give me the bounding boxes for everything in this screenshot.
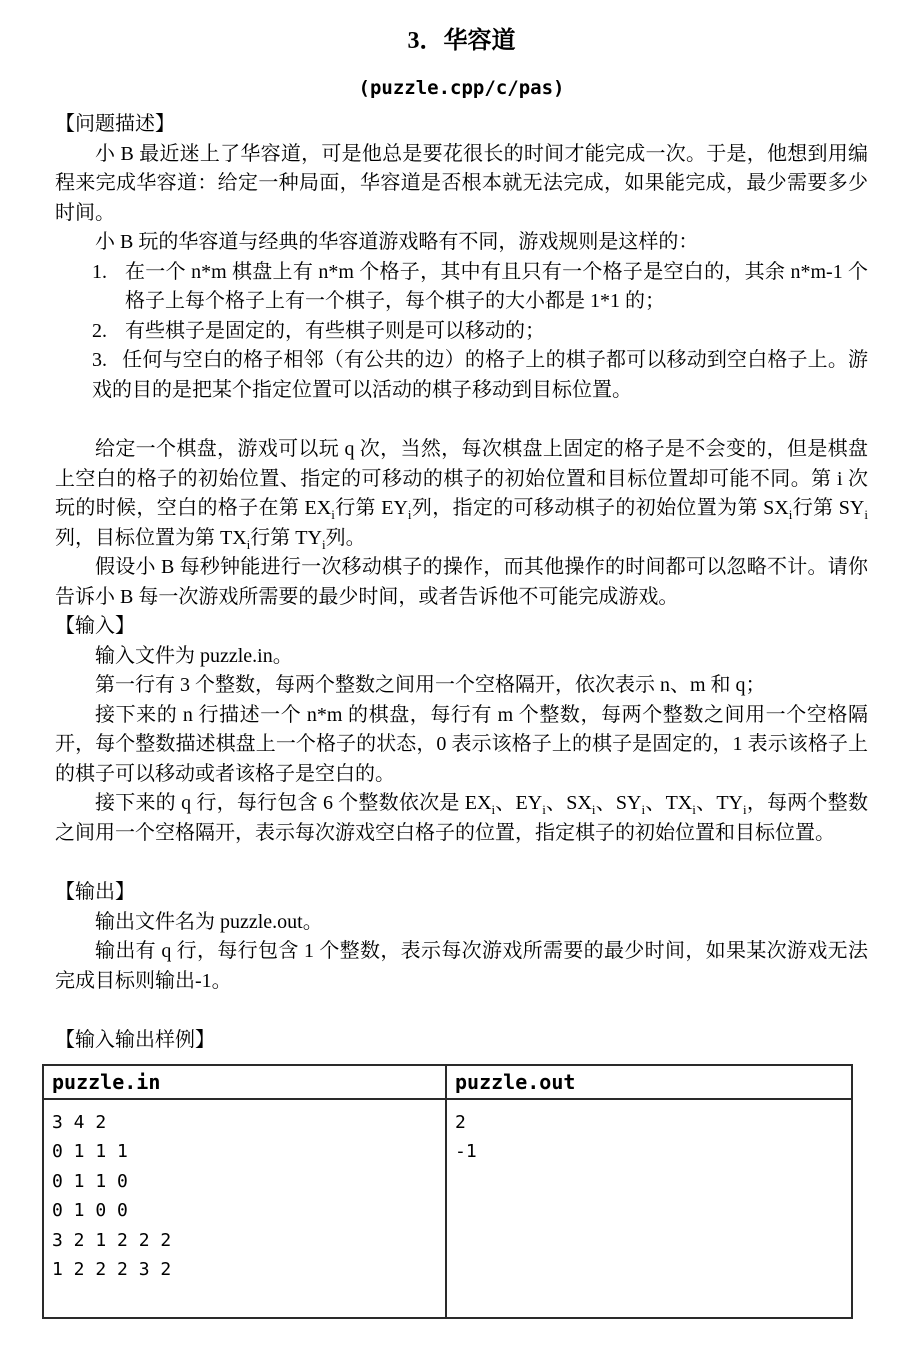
sample-table-body-row: 3 4 20 1 1 10 1 1 00 1 0 03 2 1 2 2 21 2…: [44, 1100, 851, 1317]
paragraph: 输出有 q 行，每行包含 1 个整数，表示每次游戏所需要的最少时间，如果某次游戏…: [55, 937, 868, 996]
subscript: i: [642, 802, 646, 817]
subscript: i: [408, 507, 412, 522]
source-filename-subtitle: (puzzle.cpp/c/pas): [55, 76, 868, 100]
section-heading: 【输出】: [55, 878, 868, 908]
blank-line: [55, 405, 868, 435]
blank-line: [55, 848, 868, 878]
paragraph: 第一行有 3 个整数，每两个整数之间用一个空格隔开，依次表示 n、m 和 q；: [55, 671, 868, 701]
code-line: 0 1 1 1: [52, 1137, 445, 1167]
subscript: i: [247, 537, 251, 552]
blank-line: [55, 996, 868, 1026]
document-body: 【问题描述】小 B 最近迷上了华容道，可是他总是要花很长的时间才能完成一次。于是…: [55, 110, 868, 1056]
section-heading: 【输入】: [55, 612, 868, 642]
sample-output-content: 2-1: [447, 1100, 850, 1317]
sample-table-header-row: puzzle.in puzzle.out: [44, 1066, 851, 1100]
code-line: 0 1 0 0: [52, 1196, 445, 1226]
sample-input-content: 3 4 20 1 1 10 1 1 00 1 0 03 2 1 2 2 21 2…: [44, 1100, 447, 1317]
list-item: 2.有些棋子是固定的，有些棋子则是可以移动的；: [125, 317, 868, 347]
subscript: i: [592, 802, 596, 817]
subscript: i: [864, 507, 868, 522]
paragraph: 接下来的 q 行，每行包含 6 个整数依次是 EXi、EYi、SXi、SYi、T…: [55, 789, 868, 848]
code-line: 3 4 2: [52, 1108, 445, 1138]
paragraph: 假设小 B 每秒钟能进行一次移动棋子的操作，而其他操作的时间都可以忽略不计。请你…: [55, 553, 868, 612]
section-heading: 【输入输出样例】: [55, 1026, 868, 1056]
sample-io-table: puzzle.in puzzle.out 3 4 20 1 1 10 1 1 0…: [42, 1064, 853, 1319]
subscript: i: [743, 802, 747, 817]
subscript: i: [692, 802, 696, 817]
paragraph: 小 B 最近迷上了华容道，可是他总是要花很长的时间才能完成一次。于是，他想到用编…: [55, 140, 868, 229]
sample-output-header: puzzle.out: [447, 1066, 850, 1098]
paragraph: 接下来的 n 行描述一个 n*m 的棋盘，每行有 m 个整数，每两个整数之间用一…: [55, 701, 868, 790]
list-number: 3.: [92, 349, 107, 371]
code-line: 1 2 2 2 3 2: [52, 1255, 445, 1285]
list-text: 在一个 n*m 棋盘上有 n*m 个格子，其中有且只有一个格子是空白的，其余 n…: [125, 261, 868, 313]
subscript: i: [789, 507, 793, 522]
subscript: i: [542, 802, 546, 817]
section-heading: 【问题描述】: [55, 110, 868, 140]
code-line: -1: [455, 1137, 850, 1167]
paragraph: 输入文件为 puzzle.in。: [55, 642, 868, 672]
paragraph: 输出文件名为 puzzle.out。: [55, 908, 868, 938]
list-text: 有些棋子是固定的，有些棋子则是可以移动的；: [125, 320, 545, 342]
paragraph: 给定一个棋盘，游戏可以玩 q 次，当然，每次棋盘上固定的格子是不会变的，但是棋盘…: [55, 435, 868, 553]
code-line: 0 1 1 0: [52, 1167, 445, 1197]
paragraph: 小 B 玩的华容道与经典的华容道游戏略有不同，游戏规则是这样的：: [55, 228, 868, 258]
list-text: 任何与空白的格子相邻（有公共的边）的格子上的棋子都可以移动到空白格子上。游戏的目…: [92, 349, 868, 401]
list-number: 1.: [92, 258, 107, 288]
subscript: i: [322, 537, 326, 552]
subscript: i: [491, 802, 495, 817]
subscript: i: [331, 507, 335, 522]
code-line: 2: [455, 1108, 850, 1138]
list-number: 2.: [92, 317, 107, 347]
document-page: 3．华容道 (puzzle.cpp/c/pas) 【问题描述】小 B 最近迷上了…: [0, 0, 924, 1368]
code-line: 3 2 1 2 2 2: [52, 1226, 445, 1256]
sample-input-header: puzzle.in: [44, 1066, 447, 1098]
list-item: 1.在一个 n*m 棋盘上有 n*m 个格子，其中有且只有一个格子是空白的，其余…: [125, 258, 868, 317]
page-title: 3．华容道: [55, 26, 868, 56]
list-item: 3.任何与空白的格子相邻（有公共的边）的格子上的棋子都可以移动到空白格子上。游戏…: [92, 346, 868, 405]
